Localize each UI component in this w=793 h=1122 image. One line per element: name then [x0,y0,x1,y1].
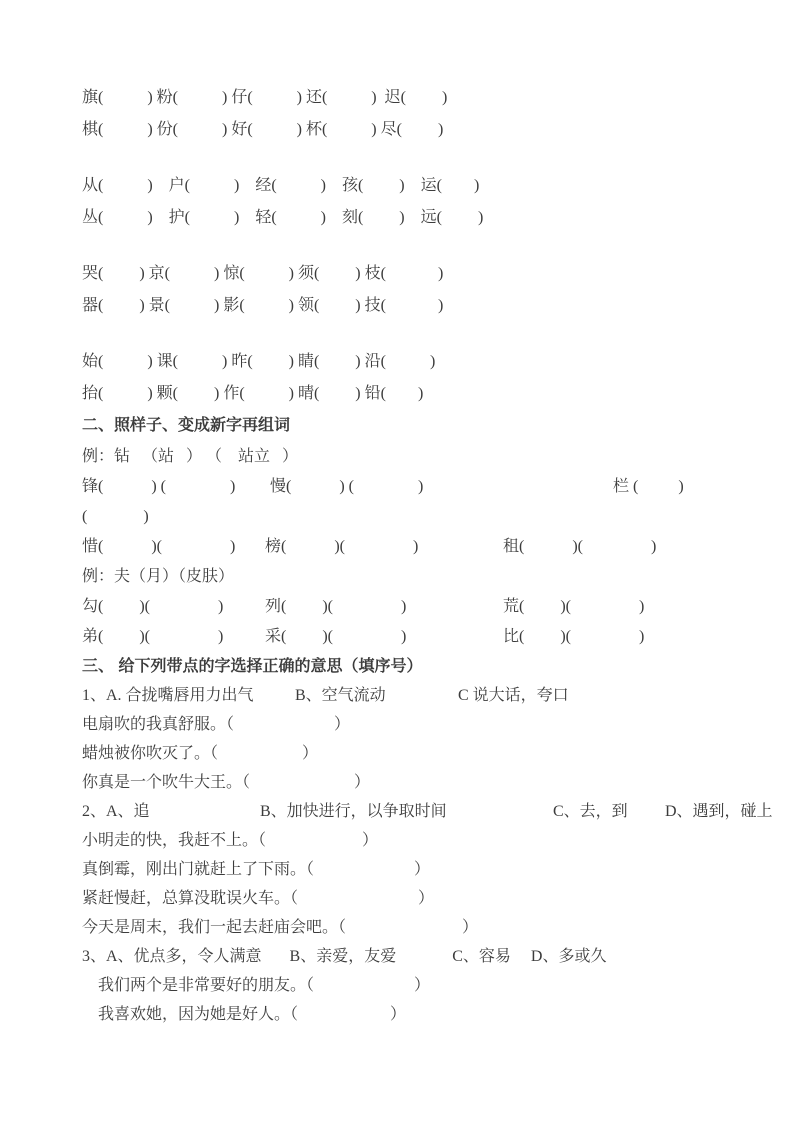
character-item: 荒( )( ) [503,592,644,622]
character-item: 采( )( ) [265,622,406,652]
character-item: 栏 ( ) [613,472,684,502]
group-gap [82,234,738,258]
group-gap [82,146,738,170]
exercise-choose-meaning: 三、 给下列带点的字选择正确的意思（填序号） 1、A. 合拢嘴唇用力出气 B、空… [82,652,738,1029]
character-row: 勾( )( ) 列( )( ) 荒( )( ) [82,592,738,622]
character-item: 比( )( ) [503,622,644,652]
character-item: 勾( )( ) [82,592,223,622]
option-item: B、加快进行，以争取时间 [260,797,447,826]
option-item: C 说大话，夸口 [458,681,569,710]
worksheet-page: 旗( ) 粉( ) 仔( ) 还( ) 迟( ) 棋( ) 份( ) 好( ) … [0,0,793,1122]
word-group-line: 抬( ) 颗( ) 作( ) 晴( ) 铅( ) [82,378,738,410]
word-group-line: 器( ) 景( ) 影( ) 领( ) 技( ) [82,290,738,322]
example-line: 例：夫（月）（皮肤） [82,562,738,592]
word-group-line: 从( ) 户( ) 经( ) 孩( ) 运( ) [82,170,738,202]
question-3-options: 3、A、优点多，令人满意 B、亲爱，友爱 C、容易 D、多或久 [82,942,738,971]
character-item: 榜( )( ) [265,532,418,562]
character-row: 弟( )( ) 采( )( ) 比( )( ) [82,622,738,652]
sentence-line: 电扇吹的我真舒服。（ ） [82,710,738,739]
character-item: 锋( ) ( ) [82,472,235,502]
sentence-line: 真倒霉，刚出门就赶上了下雨。（ ） [82,855,738,884]
sentence-line: 今天是周末，我们一起去赶庙会吧。（ ） [82,913,738,942]
word-group-line: 哭( ) 京( ) 惊( ) 须( ) 枝( ) [82,258,738,290]
continuation-blank: ( ) [82,502,738,532]
sentence-line: 小明走的快，我赶不上。（ ） [82,826,738,855]
sentence-line: 你真是一个吹牛大王。（ ） [82,768,738,797]
option-item: C、去，到 [553,797,628,826]
character-row: 惜( )( ) 榜( )( ) 租( )( ) [82,532,738,562]
exercise-new-characters: 二、照样子、变成新字再组词 例：钻 （站 ） （ 站立 ） 锋( ) ( ) 慢… [82,410,738,652]
word-group-line: 旗( ) 粉( ) 仔( ) 还( ) 迟( ) [82,82,738,114]
example-line: 例：钻 （站 ） （ 站立 ） [82,442,738,472]
option-item: 1、A. 合拢嘴唇用力出气 [82,681,254,710]
option-item: D、遇到，碰上 [665,797,773,826]
character-item: 弟( )( ) [82,622,223,652]
sentence-line: 紧赶慢赶，总算没耽误火车。（ ） [82,884,738,913]
sentence-line: 我喜欢她，因为她是好人。（ ） [82,1000,738,1029]
character-item: 慢( ) ( ) [270,472,423,502]
character-item: 列( )( ) [265,592,406,622]
character-row: 锋( ) ( ) 慢( ) ( ) 栏 ( ) [82,472,738,502]
exercise-word-groups: 旗( ) 粉( ) 仔( ) 还( ) 迟( ) 棋( ) 份( ) 好( ) … [82,82,738,410]
exercise-2-heading: 二、照样子、变成新字再组词 [82,410,738,442]
sentence-line: 蜡烛被你吹灭了。（ ） [82,739,738,768]
option-item: 2、A、追 [82,797,150,826]
character-item: 租( )( ) [503,532,656,562]
question-1-options: 1、A. 合拢嘴唇用力出气 B、空气流动 C 说大话，夸口 [82,681,738,710]
question-2-options: 2、A、追 B、加快进行，以争取时间 C、去，到 D、遇到，碰上 [82,797,738,826]
sentence-line: 我们两个是非常要好的朋友。（ ） [82,971,738,1000]
exercise-3-heading: 三、 给下列带点的字选择正确的意思（填序号） [82,652,738,681]
word-group-line: 棋( ) 份( ) 好( ) 杯( ) 尽( ) [82,114,738,146]
word-group-line: 始( ) 课( ) 昨( ) 睛( ) 沿( ) [82,346,738,378]
option-item: B、空气流动 [295,681,386,710]
word-group-line: 丛( ) 护( ) 轻( ) 刻( ) 远( ) [82,202,738,234]
character-item: 惜( )( ) [82,532,235,562]
group-gap [82,322,738,346]
